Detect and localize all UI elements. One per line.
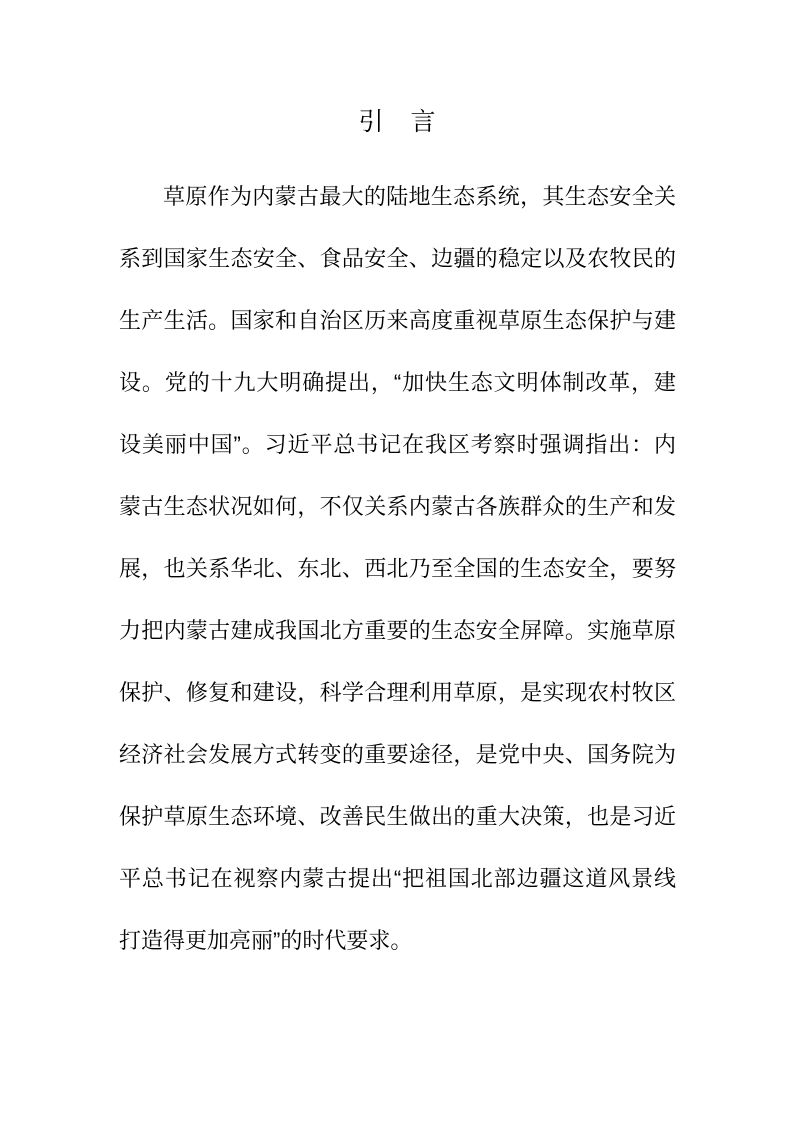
document-page: 引 言 草原作为内蒙古最大的陆地生态系统，其生态安全关 系到国家生态安全、食品安… bbox=[0, 0, 793, 1122]
section-title: 引 言 bbox=[119, 106, 676, 139]
paragraph-line: 蒙古生态状况如何，不仅关系内蒙古各族群众的生产和发 bbox=[119, 476, 676, 538]
paragraph-line: 生产生活。国家和自治区历来高度重视草原生态保护与建 bbox=[119, 290, 676, 352]
paragraph-line: 系到国家生态安全、食品安全、边疆的稳定以及农牧民的 bbox=[119, 228, 676, 290]
paragraph-line: 设。党的十九大明确提出，“加快生态文明体制改革，建 bbox=[119, 352, 676, 414]
paragraph-line: 草原作为内蒙古最大的陆地生态系统，其生态安全关 bbox=[119, 166, 676, 228]
paragraph-line: 力把内蒙古建成我国北方重要的生态安全屏障。实施草原 bbox=[119, 600, 676, 662]
paragraph-line: 打造得更加亮丽”的时代要求。 bbox=[119, 910, 676, 972]
paragraph-line: 平总书记在视察内蒙古提出“把祖国北部边疆这道风景线 bbox=[119, 848, 676, 910]
paragraph-line: 保护、修复和建设，科学合理利用草原，是实现农村牧区 bbox=[119, 662, 676, 724]
intro-paragraph: 草原作为内蒙古最大的陆地生态系统，其生态安全关 系到国家生态安全、食品安全、边疆… bbox=[119, 166, 676, 972]
paragraph-line: 展，也关系华北、东北、西北乃至全国的生态安全，要努 bbox=[119, 538, 676, 600]
paragraph-line: 经济社会发展方式转变的重要途径，是党中央、国务院为 bbox=[119, 724, 676, 786]
paragraph-line: 设美丽中国”。习近平总书记在我区考察时强调指出：内 bbox=[119, 414, 676, 476]
paragraph-line: 保护草原生态环境、改善民生做出的重大决策，也是习近 bbox=[119, 786, 676, 848]
